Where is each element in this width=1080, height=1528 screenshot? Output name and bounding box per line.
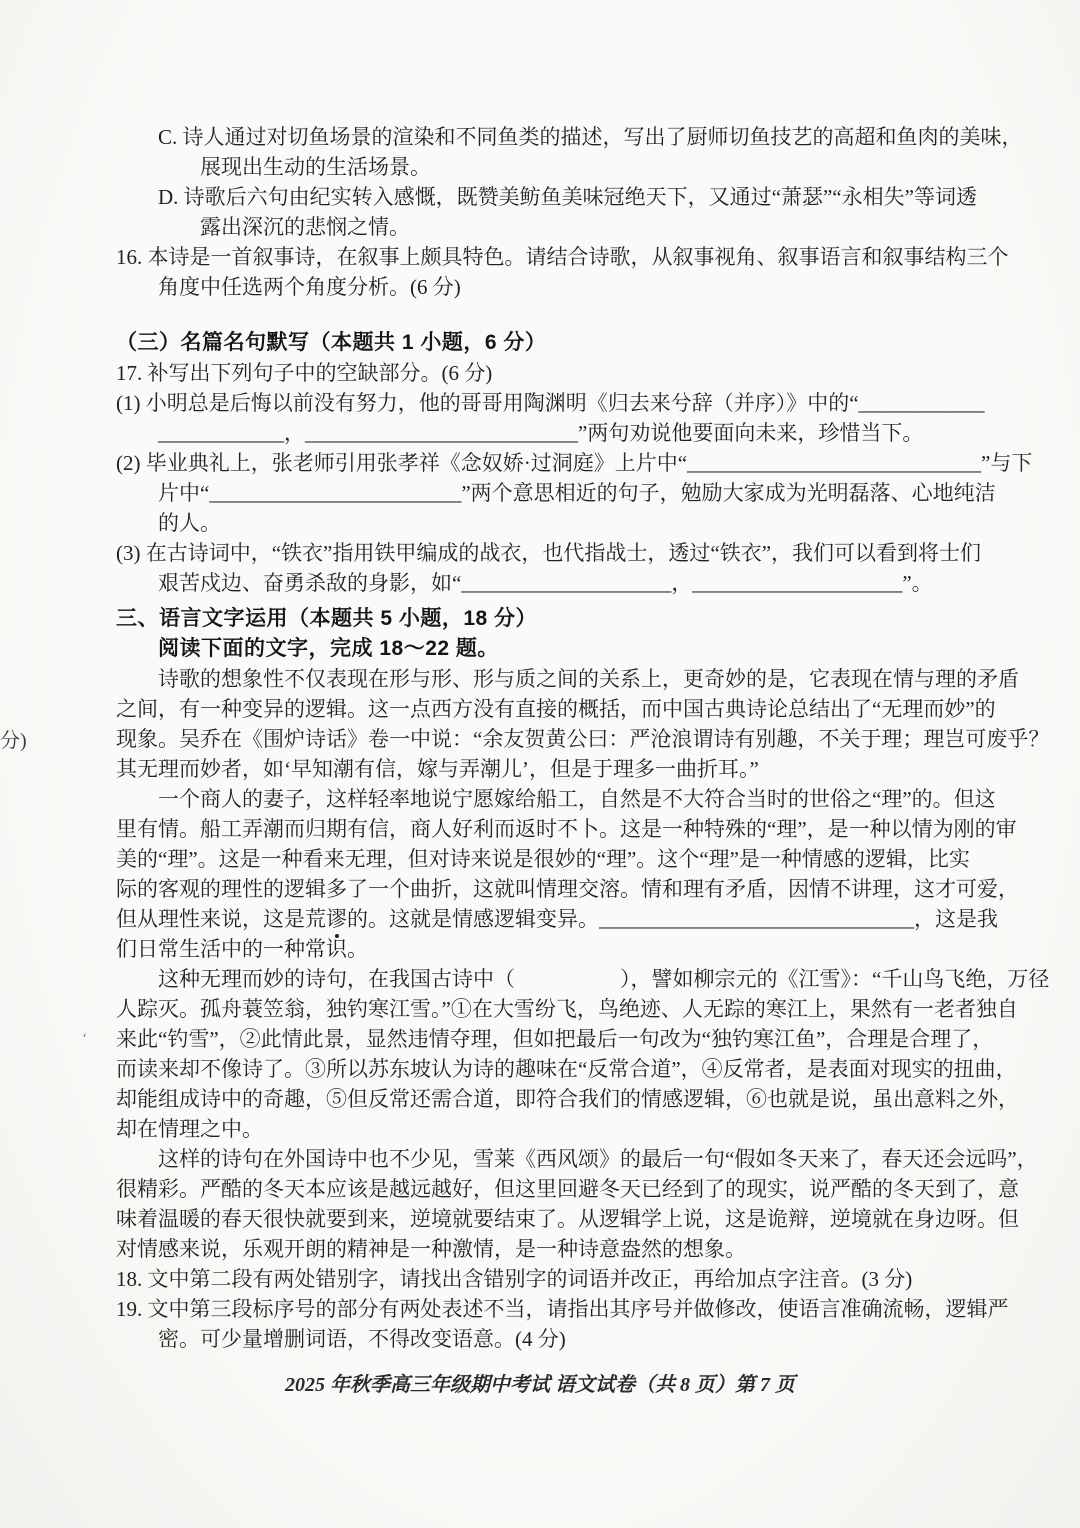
text-line: 却在情理之中。 xyxy=(116,1114,1021,1144)
text-line: （三）名篇名句默写（本题共 1 小题，6 分） xyxy=(116,328,1021,358)
emphasis-dotted-char: 谬 xyxy=(326,904,347,934)
text-line: (3) 在古诗词中，“铁衣”指用铁甲编成的战衣，也代指战士，透过“铁衣”，我们可… xyxy=(116,538,1021,568)
text-line: 际的客观的理性的逻辑多了一个曲折，这就叫情理交溶。情和理有矛盾，因情不讲理，这才… xyxy=(116,874,1021,904)
text-segment: 的。这就是情感逻辑变异。____________________________… xyxy=(347,907,998,931)
text-line: 而读来却不像诗了。③所以苏东坡认为诗的趣味在“反常合道”，④反常者，是表面对现实… xyxy=(116,1054,1021,1084)
text-line: 露出深沉的悲悯之情。 xyxy=(116,212,1021,242)
text-line: 其无理而妙者，如‘早知潮有信，嫁与弄潮儿’，但是于理多一曲折耳。” xyxy=(116,754,1021,784)
text-line: 们日常生活中的一种常识。 xyxy=(116,934,1021,964)
exam-body-text: C. 诗人通过对切鱼场景的渲染和不同鱼类的描述，写出了厨师切鱼技艺的高超和鱼肉的… xyxy=(116,122,1021,1354)
text-line: 美的“理”。这是一种看来无理，但对诗来说是很妙的“理”。这个“理”是一种情感的逻… xyxy=(116,844,1021,874)
text-line: 17. 补写出下列句子中的空缺部分。(6 分) xyxy=(116,358,1021,388)
text-line: 这种无理而妙的诗句，在我国古诗中（ ），譬如柳宗元的《江雪》：“千山鸟飞绝，万径 xyxy=(116,964,1021,994)
text-line: 这样的诗句在外国诗中也不少见，雪莱《西风颂》的最后一句“假如冬天来了，春天还会远… xyxy=(116,1144,1021,1174)
text-line: 对情感来说，乐观开朗的精神是一种激情，是一种诗意盎然的想象。 xyxy=(116,1234,1021,1264)
exam-paper-page: 分) ‘ C. 诗人通过对切鱼场景的渲染和不同鱼类的描述，写出了厨师切鱼技艺的高… xyxy=(0,0,1080,1528)
scan-artifact-mark: ‘ xyxy=(81,1030,88,1046)
text-line: (2) 毕业典礼上，张老师引用张孝祥《念奴娇·过洞庭》上片中“_________… xyxy=(116,448,1021,478)
text-line: C. 诗人通过对切鱼场景的渲染和不同鱼类的描述，写出了厨师切鱼技艺的高超和鱼肉的… xyxy=(116,122,1021,152)
text-line: 诗歌的想象性不仅表现在形与形、形与质之间的关系上，更奇妙的是，它表现在情与理的矛… xyxy=(116,664,1021,694)
text-line: 艰苦戍边、奋勇杀敌的身影，如“____________________，____… xyxy=(116,568,1021,598)
text-line: 但从理性来说，这是荒谬的。这就是情感逻辑变异。_________________… xyxy=(116,904,1021,934)
text-line: 很精彩。严酷的冬天本应该是越远越好，但这里回避冬天已经到了的现实，说严酷的冬天到… xyxy=(116,1174,1021,1204)
text-line: 来此“钓雪”，②此情此景，显然违情夺理，但如把最后一句改为“独钓寒江鱼”，合理是… xyxy=(116,1024,1021,1054)
text-line: 一个商人的妻子，这样轻率地说宁愿嫁给船工，自然是不大符合当时的世俗之“理”的。但… xyxy=(116,784,1021,814)
text-line: 三、语言文字运用（本题共 5 小题，18 分） xyxy=(116,604,1021,634)
text-line: (1) 小明总是后悔以前没有努力，他的哥哥用陶渊明《归去来兮辞（并序）》中的“_… xyxy=(116,388,1021,418)
text-line: 角度中任选两个角度分析。(6 分) xyxy=(116,272,1021,302)
text-line: 密。可少量增删词语，不得改变语意。(4 分) xyxy=(116,1324,1021,1354)
text-line: 却能组成诗中的奇趣，⑤但反常还需合道，即符合我们的情感逻辑，⑥也就是说，虽出意料… xyxy=(116,1084,1021,1114)
text-line: 19. 文中第三段标序号的部分有两处表述不当，请指出其序号并做修改，使语言准确流… xyxy=(116,1294,1021,1324)
text-line: ____________，__________________________”… xyxy=(116,418,1021,448)
text-line: D. 诗歌后六句由纪实转入感慨，既赞美鲂鱼美味冠绝天下，又通过“萧瑟”“永相失”… xyxy=(116,182,1021,212)
text-line: 片中“________________________”两个意思相近的句子，勉励… xyxy=(116,478,1021,508)
text-line: 的人。 xyxy=(116,508,1021,538)
text-line: 人踪灭。孤舟蓑笠翁，独钓寒江雪。”①在大雪纷飞，鸟绝迹、人无踪的寒江上，果然有一… xyxy=(116,994,1021,1024)
text-line: 味着温暖的春天很快就要到来，逆境就要结束了。从逻辑学上说，这是诡辩，逆境就在身边… xyxy=(116,1204,1021,1234)
text-line: 16. 本诗是一首叙事诗，在叙事上颇具特色。请结合诗歌，从叙事视角、叙事语言和叙… xyxy=(116,242,1021,272)
text-line: 现象。吴乔在《围炉诗话》卷一中说：“余友贺黄公曰：严沧浪谓诗有别趣，不关于理；理… xyxy=(116,724,1021,754)
text-line: 里有情。船工弄潮而归期有信，商人好利而返时不卜。这是一种特殊的“理”，是一种以情… xyxy=(116,814,1021,844)
text-line: 展现出生动的生活场景。 xyxy=(116,152,1021,182)
text-line: 之间，有一种变异的逻辑。这一点西方没有直接的概括，而中国古典诗论总结出了“无理而… xyxy=(116,694,1021,724)
text-line: 阅读下面的文字，完成 18～22 题。 xyxy=(116,634,1021,664)
text-line: 18. 文中第二段有两处错别字，请找出含错别字的词语并改正，再给加点字注音。(3… xyxy=(116,1264,1021,1294)
page-footer: 2025 年秋季高三年级期中考试 语文试卷（共 8 页）第 7 页 xyxy=(0,1368,1080,1397)
text-segment: 但从理性来说，这是荒 xyxy=(116,907,326,931)
margin-bleed-text: 分) xyxy=(0,724,27,753)
